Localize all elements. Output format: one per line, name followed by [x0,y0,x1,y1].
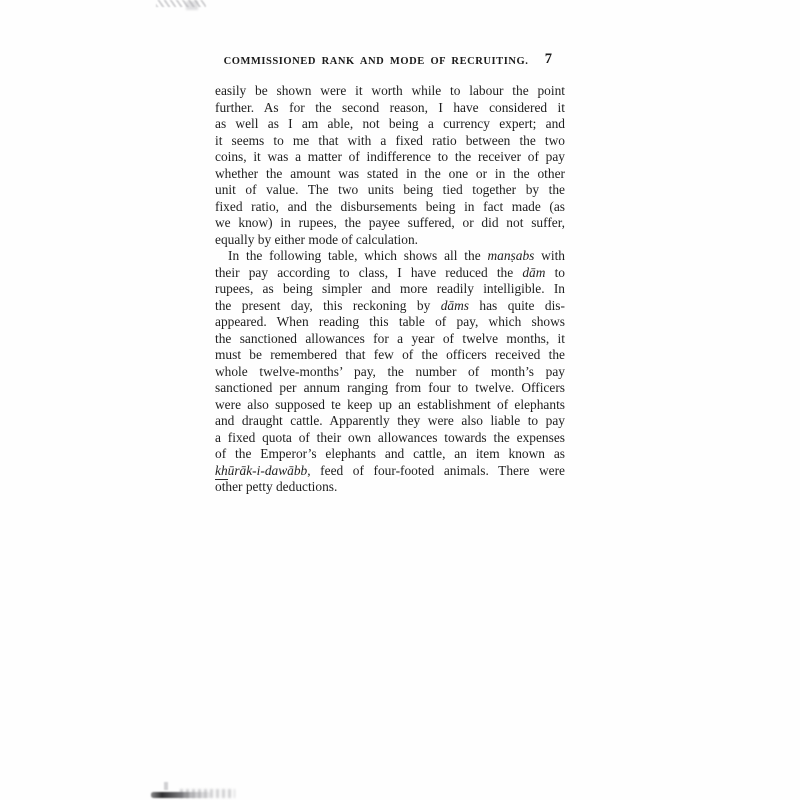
italic-term: manṣabs [487,248,534,263]
scan-artifact-top-left [156,0,206,7]
text-line: we know) in rupees, the payee suffered, … [215,215,565,232]
text-line: khūrāk-i-dawābb, feed of four-footed ani… [215,463,565,480]
text-run: a fixed quota of their own allowances to… [215,430,565,445]
text-run: to [545,265,565,280]
text-run: it seems to me that with a fixed ratio b… [215,133,565,148]
scan-artifact-top-dot [186,1,198,10]
text-run: sanctioned per annum ranging from four t… [215,380,565,395]
text-run: as well as I am able, not being a curren… [215,116,565,131]
scan-artifact-bottom-ghost [180,789,235,798]
text-line: fixed ratio, and the disbursements being… [215,199,565,216]
scan-artifact-bottom-left [151,792,211,798]
text-run: were also supposed te keep up an establi… [215,397,565,412]
text-run: equally by either mode of calculation. [215,232,418,247]
text-line: the present day, this reckoning by dāms … [215,298,565,315]
text-line: whether the amount was stated in the one… [215,166,565,183]
page-number: 7 [545,51,552,68]
text-line: sanctioned per annum ranging from four t… [215,380,565,397]
text-run: the present day, this reckoning by [215,298,441,313]
text-line: of the Emperor’s elephants and cattle, a… [215,446,565,463]
text-run: unit of value. The two units being tied … [215,182,565,197]
text-block: easily be shown were it worth while to l… [215,83,565,496]
text-line: appeared. When reading this table of pay… [215,314,565,331]
scan-artifact-bottom-tick [164,782,168,790]
text-run: rupees, as being simpler and more readil… [215,281,565,296]
text-line: and draught cattle. Apparently they were… [215,413,565,430]
text-run: other petty deductions. [215,479,337,494]
italic-term: kh [215,463,228,480]
text-run: their pay according to class, I have red… [215,265,522,280]
text-line: In the following table, which shows all … [215,248,565,265]
text-run: In the following table, which shows all … [228,248,487,263]
italic-term: dāms [441,298,469,313]
text-line: were also supposed te keep up an establi… [215,397,565,414]
text-line: unit of value. The two units being tied … [215,182,565,199]
text-line: as well as I am able, not being a curren… [215,116,565,133]
text-run: must be remembered that few of the offic… [215,347,565,362]
text-run: fixed ratio, and the disbursements being… [215,199,565,214]
text-run: with [534,248,565,263]
text-line: rupees, as being simpler and more readil… [215,281,565,298]
text-line: whole twelve-months’ pay, the number of … [215,364,565,381]
text-run: easily be shown were it worth while to l… [215,83,565,98]
text-line: a fixed quota of their own allowances to… [215,430,565,447]
text-line: easily be shown were it worth while to l… [215,83,565,100]
text-run: we know) in rupees, the payee suffered, … [215,215,565,230]
text-line: their pay according to class, I have red… [215,265,565,282]
italic-term: ūrāk-i-dawābb [228,463,308,478]
running-head-title: COMMISSIONED RANK AND MODE OF RECRUITING… [215,56,537,67]
text-line: other petty deductions. [215,479,565,496]
text-line: it seems to me that with a fixed ratio b… [215,133,565,150]
text-line: must be remembered that few of the offic… [215,347,565,364]
text-run: has quite dis- [469,298,565,313]
text-run: the sanctioned allowances for a year of … [215,331,565,346]
text-run: of the Emperor’s elephants and cattle, a… [215,446,565,461]
text-run: appeared. When reading this table of pay… [215,314,565,329]
text-run: and draught cattle. Apparently they were… [215,413,565,428]
text-line: the sanctioned allowances for a year of … [215,331,565,348]
text-line: further. As for the second reason, I hav… [215,100,565,117]
text-run: whether the amount was stated in the one… [215,166,565,181]
text-run: whole twelve-months’ pay, the number of … [215,364,565,379]
text-run: coins, it was a matter of indifference t… [215,149,565,164]
text-line: equally by either mode of calculation. [215,232,565,249]
text-run: , feed of four-footed animals. There wer… [307,463,565,478]
book-page: COMMISSIONED RANK AND MODE OF RECRUITING… [0,0,800,800]
text-line: coins, it was a matter of indifference t… [215,149,565,166]
text-run: further. As for the second reason, I hav… [215,100,565,115]
italic-term: dām [522,265,545,280]
running-head: COMMISSIONED RANK AND MODE OF RECRUITING… [215,53,565,69]
